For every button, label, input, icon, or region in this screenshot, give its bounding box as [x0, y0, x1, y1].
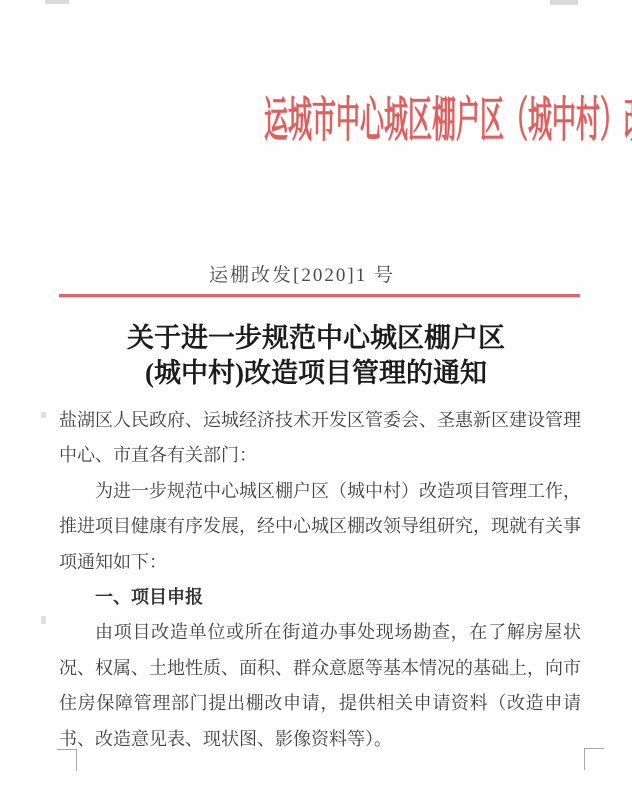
scan-speck: [41, 412, 46, 418]
scan-artifact-top-right: [550, 0, 578, 5]
crop-mark-bottom-right: [584, 748, 604, 770]
crop-mark-bottom-left: [57, 749, 77, 771]
document-number: 运棚改发[2020]1 号: [0, 260, 618, 287]
document-header-banner: 运城市中心城区棚户区（城中村）改造领导组文件: [0, 90, 632, 152]
scan-speck: [41, 616, 46, 624]
document-title: 关于进一步规范中心城区棚户区 (城中村)改造项目管理的通知: [0, 321, 632, 391]
document-title-line-1: 关于进一步规范中心城区棚户区: [0, 321, 632, 356]
document-title-line-2: (城中村)改造项目管理的通知: [0, 356, 632, 391]
intro-paragraph: 为进一步规范中心城区棚户区（城中村）改造项目管理工作，推进项目健康有序发展，经中…: [59, 474, 581, 580]
header-banner-text: 运城市中心城区棚户区（城中村）改造领导组文件: [264, 90, 632, 152]
section-1-body-paragraph: 由项目改造单位或所在街道办事处现场勘查，在了解房屋状况、权属、土地性质、面积、群…: [59, 615, 581, 757]
red-divider-line: [59, 294, 580, 297]
section-1-heading: 一、项目申报: [59, 580, 581, 615]
scanned-document-page: 运城市中心城区棚户区（城中村）改造领导组文件 运棚改发[2020]1 号 关于进…: [0, 0, 632, 804]
scan-artifact-top-left: [45, 0, 69, 4]
document-body: 盐湖区人民政府、运城经济技术开发区管委会、圣惠新区建设管理中心、市直各有关部门：…: [59, 403, 581, 757]
salutation-paragraph: 盐湖区人民政府、运城经济技术开发区管委会、圣惠新区建设管理中心、市直各有关部门：: [59, 403, 581, 474]
